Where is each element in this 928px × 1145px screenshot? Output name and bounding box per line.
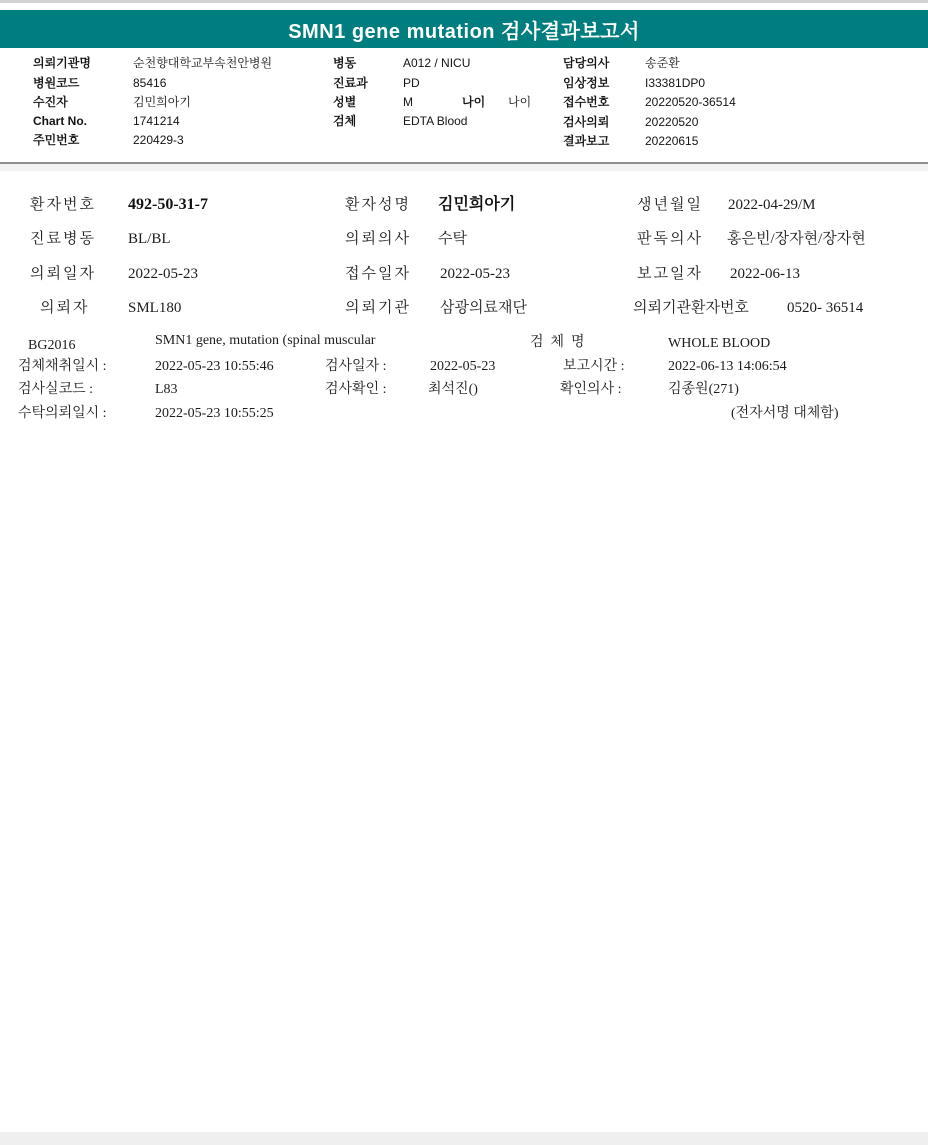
resident-no-value: 220429-3: [133, 134, 184, 146]
receipt-date-label: 접수일자: [345, 267, 411, 282]
specimen-name-value: WHOLE BLOOD: [668, 337, 770, 351]
examinee-value: 김민희아기: [133, 96, 191, 108]
lab-code-label: 검사실코드 :: [18, 383, 93, 397]
report-title: SMN1 gene mutation 검사결과보고서: [288, 15, 640, 44]
request-date2-value: 2022-05-23: [128, 267, 198, 282]
chart-no-value: 1741214: [133, 115, 180, 127]
hospital-code-label: 병원코드: [33, 77, 79, 89]
footer-bar: [0, 1132, 928, 1145]
confirm-doctor-label: 확인의사 :: [560, 383, 622, 397]
org-patient-no-label: 의뢰기관환자번호: [633, 301, 749, 316]
dept-value: PD: [403, 77, 420, 89]
report-time-label: 보고시간 :: [563, 360, 625, 374]
birth-label: 생년월일: [637, 198, 703, 213]
test-date-value: 2022-05-23: [430, 360, 495, 374]
request-date2-label: 의뢰일자: [30, 267, 96, 282]
specimen-label: 검체: [333, 115, 356, 127]
ward-value: A012 / NICU: [403, 57, 470, 69]
sex-label: 성별: [333, 96, 356, 108]
req-doctor-value: 수탁: [438, 232, 467, 247]
age-label: 나이: [462, 96, 485, 108]
patient-no-label: 환자번호: [30, 198, 96, 213]
collect-time-label: 검체채취일시 :: [18, 360, 107, 374]
report-title-bar: SMN1 gene mutation 검사결과보고서: [0, 10, 928, 48]
reading-doctor-value: 홍은빈/장자현/장자현: [727, 232, 866, 247]
req-doctor-label: 의뢰의사: [345, 232, 411, 247]
birth-value: 2022-04-29/M: [728, 198, 816, 213]
resident-no-label: 주민번호: [33, 134, 79, 146]
section-divider-band: [0, 164, 928, 171]
receipt-no-label: 접수번호: [563, 96, 609, 108]
req-org-value: 삼광의료재단: [440, 301, 527, 316]
hospital-code-value: 85416: [133, 77, 166, 89]
trust-request-value: 2022-05-23 10:55:25: [155, 407, 274, 421]
report-date-value: 20220615: [645, 135, 698, 147]
chart-no-label: Chart No.: [33, 115, 87, 127]
receipt-no-value: 20220520-36514: [645, 96, 736, 108]
org-value: 순천향대학교부속천안병원: [133, 57, 272, 69]
specimen-value: EDTA Blood: [403, 115, 467, 127]
specimen-name-label: 검 체 명: [530, 336, 585, 350]
patient-name-label: 환자성명: [345, 198, 411, 213]
top-border: [0, 0, 928, 3]
req-org-label: 의뢰기관: [345, 301, 411, 316]
org-label: 의뢰기관명: [33, 57, 91, 69]
sex-value: M: [403, 96, 413, 108]
doctor-value: 송준환: [645, 57, 680, 69]
reading-doctor-label: 판독의사: [637, 232, 703, 247]
report-date2-label: 보고일자: [637, 267, 703, 282]
confirm-doctor-value: 김종원(271): [668, 383, 739, 397]
report-time-value: 2022-06-13 14:06:54: [668, 360, 787, 374]
patient-name-value: 김민희아기: [438, 197, 515, 213]
clinical-info-label: 임상정보: [563, 77, 609, 89]
test-code: BG2016: [28, 339, 75, 353]
verify-value: 최석진(): [428, 383, 478, 397]
esign-note: (전자서명 대체함): [731, 407, 839, 421]
ward-label: 병동: [333, 57, 356, 69]
lab-code-value: L83: [155, 383, 178, 397]
doctor-label: 담당의사: [563, 57, 609, 69]
requester-value: SML180: [128, 301, 181, 316]
request-date-value: 20220520: [645, 116, 698, 128]
examinee-label: 수진자: [33, 96, 68, 108]
report-date-label: 결과보고: [563, 135, 609, 147]
test-date-label: 검사일자 :: [325, 360, 387, 374]
report-page: SMN1 gene mutation 검사결과보고서 의뢰기관명 순천향대학교부…: [0, 0, 928, 1145]
org-patient-no-value: 0520- 36514: [787, 301, 863, 316]
trust-request-label: 수탁의뢰일시 :: [18, 407, 107, 421]
collect-time-value: 2022-05-23 10:55:46: [155, 360, 274, 374]
request-date-label: 검사의뢰: [563, 116, 609, 128]
patient-no-value: 492-50-31-7: [128, 197, 208, 213]
report-date2-value: 2022-06-13: [730, 267, 800, 282]
requester-label: 의뢰자: [40, 301, 89, 316]
test-name: SMN1 gene, mutation (spinal muscular: [155, 334, 375, 348]
age-value: 나이: [508, 96, 531, 108]
care-ward-value: BL/BL: [128, 232, 171, 247]
verify-label: 검사확인 :: [325, 383, 387, 397]
clinical-info-value: I33381DP0: [645, 77, 705, 89]
care-ward-label: 진료병동: [30, 232, 96, 247]
receipt-date-value: 2022-05-23: [440, 267, 510, 282]
dept-label: 진료과: [333, 77, 368, 89]
